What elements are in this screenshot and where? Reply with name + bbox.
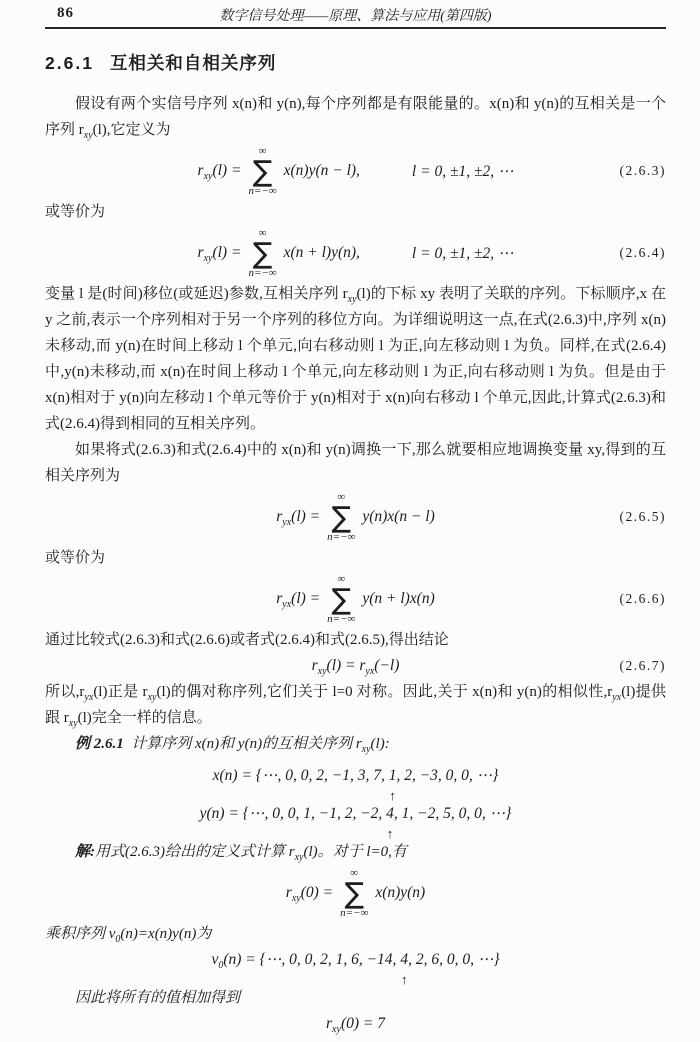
equation-number: (2.6.5) [620,509,667,525]
summation-symbol: ∞ ∑ n=−∞ [327,491,355,543]
marked-sample: 4↑ [400,951,408,968]
equation-2-6-4: rxy(l) = ∞ ∑ n=−∞ x(n + l)y(n), l = 0, ±… [45,225,666,281]
sum-conclusion-intro: 因此将所有的值相加得到 [45,985,666,1011]
sequence-v0: v0(n) = {⋯, 0, 0, 2, 1, 6, −14, 4↑, 2, 6… [45,947,666,985]
summation-symbol: ∞ ∑ n=−∞ [248,227,276,279]
summation-symbol: ∞ ∑ n=−∞ [327,573,355,625]
page-header: 86 数字信号处理——原理、算法与应用(第四版) [45,0,666,25]
textbook-page: 86 数字信号处理——原理、算法与应用(第四版) 2.6.1互相关和自相关序列 … [0,0,700,1042]
marked-sample: 4↑ [386,805,394,822]
equation-rxy0-sum: rxy(0) = ∞ ∑ n=−∞ x(n)y(n) [45,865,666,921]
equation-number: (2.6.4) [620,245,667,261]
paragraph-swap: 如果将式(2.6.3)和式(2.6.4)中的 x(n)和 y(n)调换一下,那么… [45,437,666,489]
marked-sample: 1↑ [389,767,397,784]
origin-arrow-icon: ↑ [387,821,394,847]
section-title: 互相关和自相关序列 [110,53,277,73]
paragraph-symmetry: 所以,ryx(l)正是 rxy(l)的偶对称序列,它们关于 l=0 对称。因此,… [45,679,666,731]
equation-condition: l = 0, ±1, ±2, ⋯ [412,162,514,181]
equivalence-text-2: 或等价为 [45,545,666,571]
result-equation: rxy(0) = 7 [45,1011,666,1037]
example-text: 计算序列 x(n)和 y(n)的互相关序列 rxy(l): [131,736,389,752]
book-title: 数字信号处理——原理、算法与应用(第四版) [45,5,666,25]
equation-number: (2.6.6) [620,591,667,607]
equation-condition: l = 0, ±1, ±2, ⋯ [412,244,514,263]
equation-2-6-7: rxy(l) = ryx(−l) (2.6.7) [45,653,666,679]
header-rule [45,27,666,29]
product-sequence-intro: 乘积序列 v0(n)=x(n)y(n)为 [45,921,666,947]
solution-line: 解:用式(2.6.3)给出的定义式计算 rxy(l)。对于 l=0,有 [45,839,666,865]
sequence-y: y(n) = {⋯, 0, 0, 1, −1, 2, −2, 4↑, 1, −2… [45,801,666,839]
origin-arrow-icon: ↑ [401,967,408,993]
summation-symbol: ∞ ∑ n=−∞ [248,145,276,197]
example-label: 例 2.6.1 [75,736,124,752]
equation-2-6-3: rxy(l) = ∞ ∑ n=−∞ x(n)y(n − l), l = 0, ±… [45,143,666,199]
sigma-icon: ∑ [253,157,273,185]
equation-number: (2.6.3) [620,163,667,179]
sigma-icon: ∑ [344,879,364,907]
paragraph-shift-explanation: 变量 l 是(时间)移位(或延迟)参数,互相关序列 rxy(l)的下标 xy 表… [45,281,666,437]
equation-2-6-6: ryx(l) = ∞ ∑ n=−∞ y(n + l)x(n) (2.6.6) [45,571,666,627]
paragraph-comparison: 通过比较式(2.6.3)和式(2.6.6)或者式(2.6.4)和式(2.6.5)… [45,627,666,653]
solution-label: 解: [75,844,95,860]
summation-symbol: ∞ ∑ n=−∞ [340,867,368,919]
solution-text: 用式(2.6.3)给出的定义式计算 rxy(l)。对于 l=0,有 [95,844,407,860]
sigma-icon: ∑ [253,239,273,267]
section-heading: 2.6.1互相关和自相关序列 [45,51,666,75]
sequence-x: x(n) = {⋯, 0, 0, 2, −1, 3, 7, 1↑, 2, −3,… [45,763,666,801]
paragraph-intro: 假设有两个实信号序列 x(n)和 y(n),每个序列都是有限能量的。x(n)和 … [45,91,666,143]
sigma-icon: ∑ [331,503,351,531]
equation-number: (2.6.7) [620,658,667,674]
equivalence-text-1: 或等价为 [45,199,666,225]
section-number: 2.6.1 [45,53,94,73]
example-heading: 例 2.6.1 计算序列 x(n)和 y(n)的互相关序列 rxy(l): [45,731,666,757]
equation-2-6-5: ryx(l) = ∞ ∑ n=−∞ y(n)x(n − l) (2.6.5) [45,489,666,545]
sigma-icon: ∑ [331,585,351,613]
